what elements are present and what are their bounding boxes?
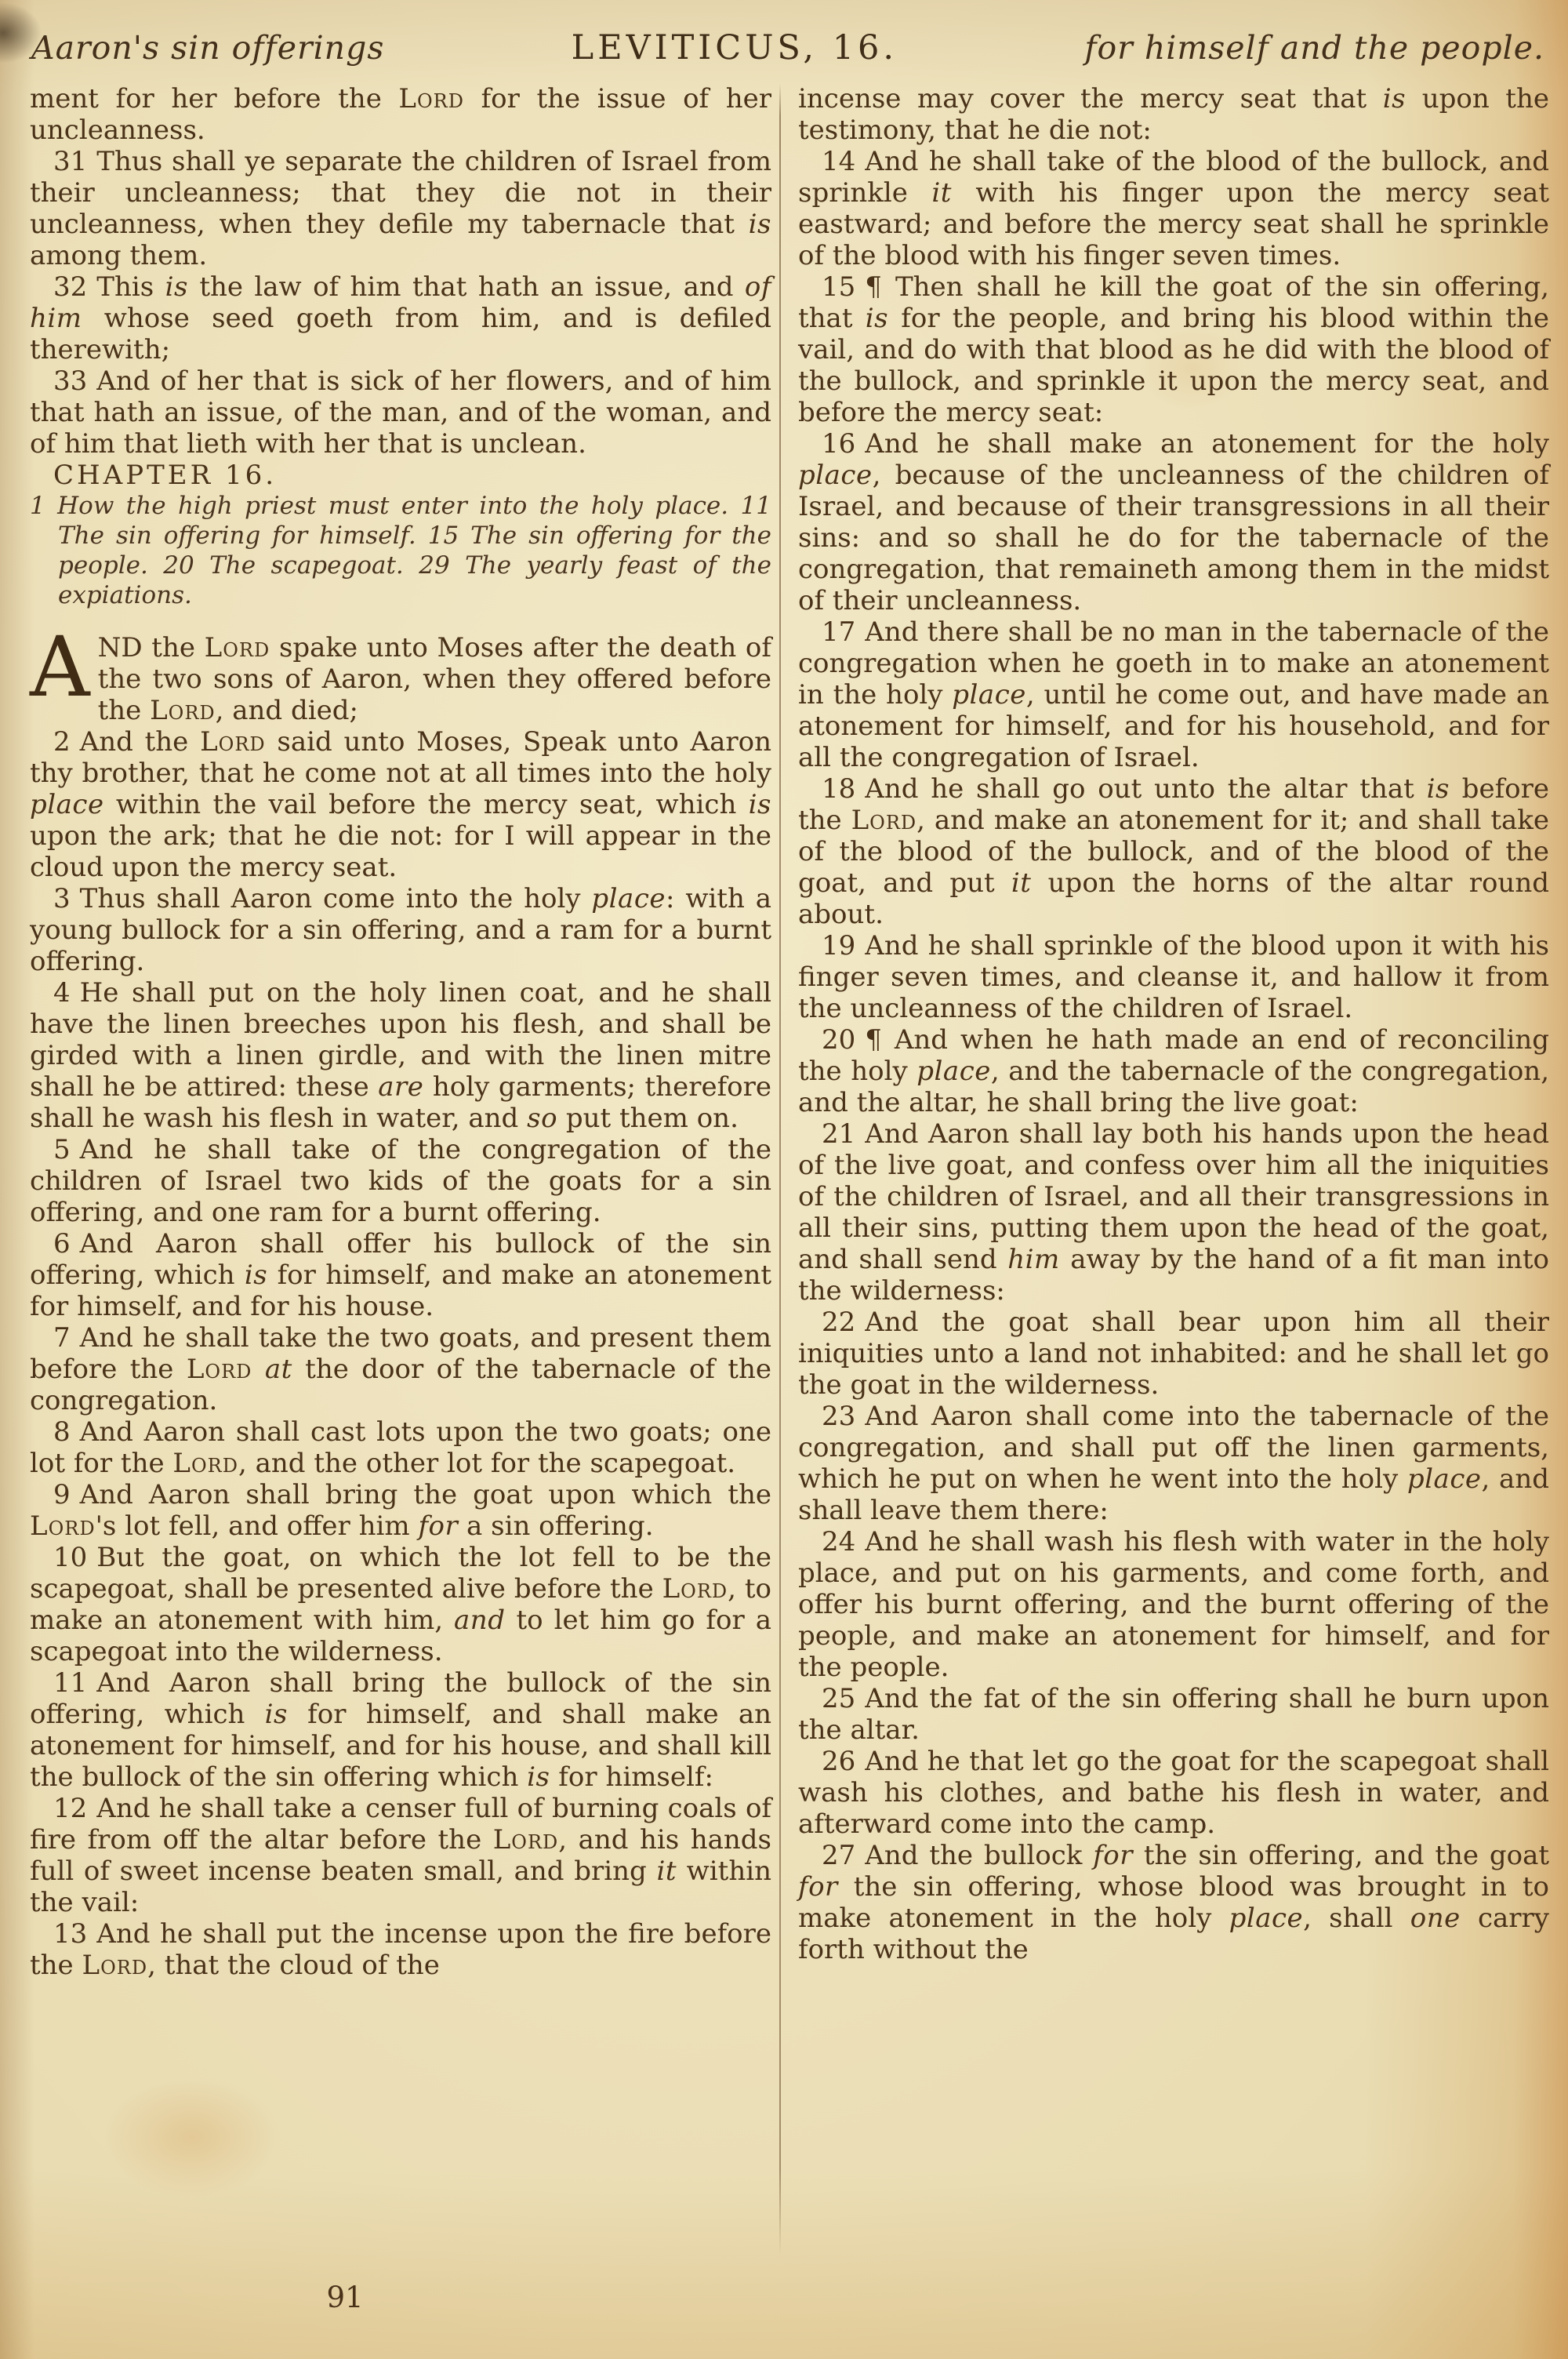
verse-number: 7 <box>53 1322 71 1354</box>
verse-paragraph: 24And he shall wash his flesh with water… <box>798 1526 1549 1683</box>
verse-text: And he shall take a censer full of burni… <box>30 1793 771 1918</box>
verse-paragraph: 17And there shall be no man in the taber… <box>798 616 1549 773</box>
verse-paragraph: 9And Aaron shall bring the goat upon whi… <box>30 1479 771 1542</box>
running-head-right: for himself and the people. <box>1084 29 1544 67</box>
chapter-heading: CHAPTER 16. <box>30 460 771 491</box>
verse-paragraph: 21And Aaron shall lay both his hands upo… <box>798 1118 1549 1307</box>
verse-text: And the Lord said unto Moses, Speak unto… <box>30 726 771 883</box>
verse-number: 14 <box>822 146 855 177</box>
verse-number: 11 <box>53 1667 87 1699</box>
verse-paragraph-first: AND the Lord spake unto Moses after the … <box>30 632 771 726</box>
verse-number: 15 <box>822 271 855 303</box>
verse-text: And he that let go the goat for the scap… <box>798 1746 1549 1840</box>
verse-text: And he shall take of the blood of the bu… <box>798 146 1549 271</box>
verse-number: 31 <box>53 146 87 177</box>
verse-number: 17 <box>822 616 855 648</box>
verse-text: Thus shall ye separate the children of I… <box>30 146 771 271</box>
verse-paragraph: 33And of her that is sick of her flowers… <box>30 365 771 460</box>
verse-number: 27 <box>822 1840 855 1871</box>
verse-number: 22 <box>822 1307 855 1338</box>
verse-number: 2 <box>53 726 71 758</box>
verse-number: 23 <box>822 1401 855 1432</box>
verse-text: And he shall put the incense upon the fi… <box>30 1918 771 1981</box>
verse-paragraph: 18And he shall go out unto the altar tha… <box>798 773 1549 930</box>
verse-paragraph: 11And Aaron shall bring the bullock of t… <box>30 1667 771 1793</box>
verse-number: 25 <box>822 1683 855 1714</box>
verse-paragraph: 10But the goat, on which the lot fell to… <box>30 1542 771 1667</box>
verse-text: And Aaron shall come into the tabernacle… <box>798 1401 1549 1526</box>
verse-text: And the fat of the sin offering shall he… <box>798 1683 1549 1746</box>
verse-paragraph: 6And Aaron shall offer his bullock of th… <box>30 1228 771 1322</box>
verse-paragraph: 15¶ Then shall he kill the goat of the s… <box>798 271 1549 428</box>
running-head-title: LEVITICUS, 16. <box>572 28 898 67</box>
verse-text: And he shall go out unto the altar that … <box>798 773 1549 930</box>
verse-paragraph: 8And Aaron shall cast lots upon the two … <box>30 1416 771 1479</box>
verse-text: ¶ Then shall he kill the goat of the sin… <box>798 271 1549 428</box>
verse-number: 20 <box>822 1024 855 1056</box>
verse-number: 33 <box>53 365 87 397</box>
verse-paragraph: 14And he shall take of the blood of the … <box>798 146 1549 271</box>
verse-text: ¶ And when he hath made an end of reconc… <box>798 1024 1549 1118</box>
verse-paragraph: 7And he shall take the two goats, and pr… <box>30 1322 771 1416</box>
verse-paragraph: 20¶ And when he hath made an end of reco… <box>798 1024 1549 1118</box>
verse-text: And he shall take the two goats, and pre… <box>30 1322 771 1416</box>
verse-paragraph: 2And the Lord said unto Moses, Speak unt… <box>30 726 771 883</box>
left-column: ment for her before the Lord for the iss… <box>30 83 771 2255</box>
continuation-paragraph: ment for her before the Lord for the iss… <box>30 83 771 146</box>
verse-paragraph: 32This is the law of him that hath an is… <box>30 271 771 365</box>
drop-cap: A <box>30 632 98 700</box>
running-head: Aaron's sin offerings LEVITICUS, 16. for… <box>31 28 1544 67</box>
verse-paragraph: 5And he shall take of the congregation o… <box>30 1134 771 1228</box>
verse-number: 10 <box>53 1542 87 1573</box>
verse-number: 5 <box>53 1134 71 1165</box>
verse-paragraph: 12And he shall take a censer full of bur… <box>30 1793 771 1918</box>
verse-paragraph: 26And he that let go the goat for the sc… <box>798 1746 1549 1840</box>
verse-paragraph: 27And the bullock for the sin offering, … <box>798 1840 1549 1965</box>
verse-text: He shall put on the holy linen coat, and… <box>30 977 771 1134</box>
chapter-summary: 1 How the high priest must enter into th… <box>30 491 771 610</box>
verse-text: ND the Lord spake unto Moses after the d… <box>98 632 771 726</box>
verse-number: 32 <box>53 271 87 303</box>
verse-text: And Aaron shall offer his bullock of the… <box>30 1228 771 1322</box>
running-head-left: Aaron's sin offerings <box>31 29 384 67</box>
verse-number: 13 <box>53 1918 87 1950</box>
verse-number: 8 <box>53 1416 71 1448</box>
right-column: incense may cover the mercy seat that is… <box>781 83 1549 2255</box>
continuation-paragraph: incense may cover the mercy seat that is… <box>798 83 1549 146</box>
verse-text: And of her that is sick of her flowers, … <box>30 365 771 460</box>
verse-text: But the goat, on which the lot fell to b… <box>30 1542 771 1667</box>
verse-paragraph: 23And Aaron shall come into the tabernac… <box>798 1401 1549 1526</box>
verse-text: And Aaron shall bring the bullock of the… <box>30 1667 771 1793</box>
verse-text: And there shall be no man in the taberna… <box>798 616 1549 773</box>
verse-text: And he shall sprinkle of the blood upon … <box>798 930 1549 1024</box>
verse-number: 18 <box>822 773 855 805</box>
verse-text: And the goat shall bear upon him all the… <box>798 1307 1549 1401</box>
verse-text: Thus shall Aaron come into the holy plac… <box>30 883 771 977</box>
verse-number: 12 <box>53 1793 87 1824</box>
verse-paragraph: 3Thus shall Aaron come into the holy pla… <box>30 883 771 977</box>
verse-paragraph: 19And he shall sprinkle of the blood upo… <box>798 930 1549 1024</box>
verse-paragraph: 16And he shall make an atonement for the… <box>798 428 1549 616</box>
verse-paragraph: 25And the fat of the sin offering shall … <box>798 1683 1549 1746</box>
verse-text: This is the law of him that hath an issu… <box>30 271 771 365</box>
verse-paragraph: 4He shall put on the holy linen coat, an… <box>30 977 771 1134</box>
verse-number: 3 <box>53 883 71 914</box>
verse-number: 24 <box>822 1526 855 1558</box>
verse-text: And Aaron shall bring the goat upon whic… <box>30 1479 771 1542</box>
verse-number: 21 <box>822 1118 855 1150</box>
verse-text: And he shall wash his flesh with water i… <box>798 1526 1549 1683</box>
verse-number: 26 <box>822 1746 855 1777</box>
page-number: 91 <box>110 2281 580 2314</box>
verse-text: And Aaron shall lay both his hands upon … <box>798 1118 1549 1307</box>
verse-text: And he shall take of the congregation of… <box>30 1134 771 1228</box>
verse-paragraph: 22And the goat shall bear upon him all t… <box>798 1307 1549 1401</box>
bible-page: Aaron's sin offerings LEVITICUS, 16. for… <box>0 0 1568 2359</box>
verse-number: 9 <box>53 1479 71 1510</box>
verse-text: And the bullock for the sin offering, an… <box>798 1840 1549 1965</box>
verse-number: 19 <box>822 930 855 961</box>
verse-paragraph: 13And he shall put the incense upon the … <box>30 1918 771 1981</box>
verse-number: 4 <box>53 977 71 1009</box>
verse-number: 6 <box>53 1228 71 1259</box>
verse-text: And Aaron shall cast lots upon the two g… <box>30 1416 771 1479</box>
verse-paragraph: 31Thus shall ye separate the children of… <box>30 146 771 271</box>
text-columns: ment for her before the Lord for the iss… <box>30 83 1549 2255</box>
verse-number: 16 <box>822 428 855 460</box>
verse-text: And he shall make an atonement for the h… <box>798 428 1549 616</box>
